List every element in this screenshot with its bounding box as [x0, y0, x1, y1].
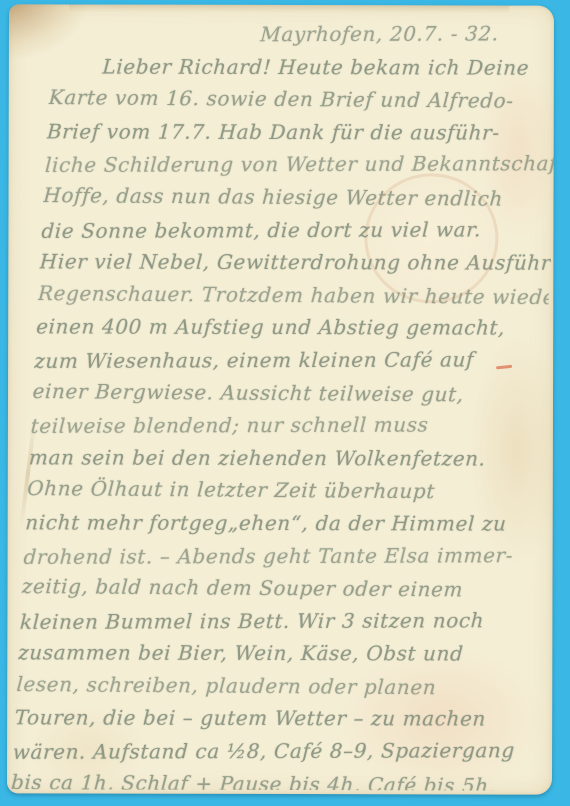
handwriting-line: drohend ist. – Abends geht Tante Elsa im…	[23, 539, 536, 573]
handwriting-line: einer Bergwiese. Aussicht teilweise gut,	[32, 375, 545, 412]
handwriting-line: Brief vom 17.7. Hab Dank für die ausführ…	[46, 115, 554, 149]
handwriting-line: zeitig, bald nach dem Souper oder einem	[21, 570, 534, 607]
postcard: Mayrhofen, 20.7. - 32. Lieber Richard! H…	[7, 4, 554, 794]
handwriting-line: liche Schilderung von Wetter und Bekannt…	[44, 148, 554, 182]
handwriting-line: die Sonne bekommt, die dort zu viel war.	[41, 213, 554, 247]
handwriting-line: Hier viel Nebel, Gewitterdrohung ohne Au…	[39, 246, 552, 280]
handwriting-line: einen 400 m Aufstieg und Abstieg gemacht…	[35, 311, 548, 345]
handwriting-line: teilweise blendend; nur schnell muss	[30, 408, 543, 442]
handwriting-line: bis ca 1h, Schlaf + Pause bis 4h, Café b…	[11, 766, 523, 791]
top-edge-wear-mark	[69, 4, 509, 13]
handwriting-line: zusammen bei Bier, Wein, Käse, Obst und	[17, 637, 530, 671]
handwriting-line: nicht mehr fortgeg„ehen“, da der Himmel …	[25, 506, 538, 540]
handwriting-line: lesen, schreiben, plaudern oder planen	[16, 668, 529, 705]
handwriting-text: Mayrhofen, 20.7. - 32. Lieber Richard! H…	[11, 17, 554, 790]
handwriting-line: kleinen Bummel ins Bett. Wir 3 sitzen no…	[19, 604, 532, 638]
handwriting-line: Regenschauer. Trotzdem haben wir heute w…	[37, 277, 550, 314]
handwriting-line: Hoffe, dass nun das hiesige Wetter endli…	[42, 179, 554, 216]
handwriting-line: Karte vom 16. sowie den Brief und Alfred…	[48, 81, 554, 118]
dateline: Mayrhofen, 20.7. - 32.	[51, 17, 554, 51]
handwriting-line: Lieber Richard! Heute bekam ich Deine	[50, 50, 554, 84]
handwriting-line: Touren, die bei – gutem Wetter – zu mach…	[14, 702, 527, 736]
handwriting-line: Ohne Ölhaut in letzter Zeit überhaupt	[26, 472, 539, 509]
scan-background: { "colors":{ "background":"#3ab7e4", "pa…	[0, 0, 570, 806]
handwriting-line: man sein bei den ziehenden Wolkenfetzen.	[28, 441, 541, 475]
handwriting-line: zum Wiesenhaus, einem kleinen Café auf	[34, 343, 547, 377]
handwriting-line: wären. Aufstand ca ½8, Café 8–9, Spazier…	[12, 734, 525, 768]
